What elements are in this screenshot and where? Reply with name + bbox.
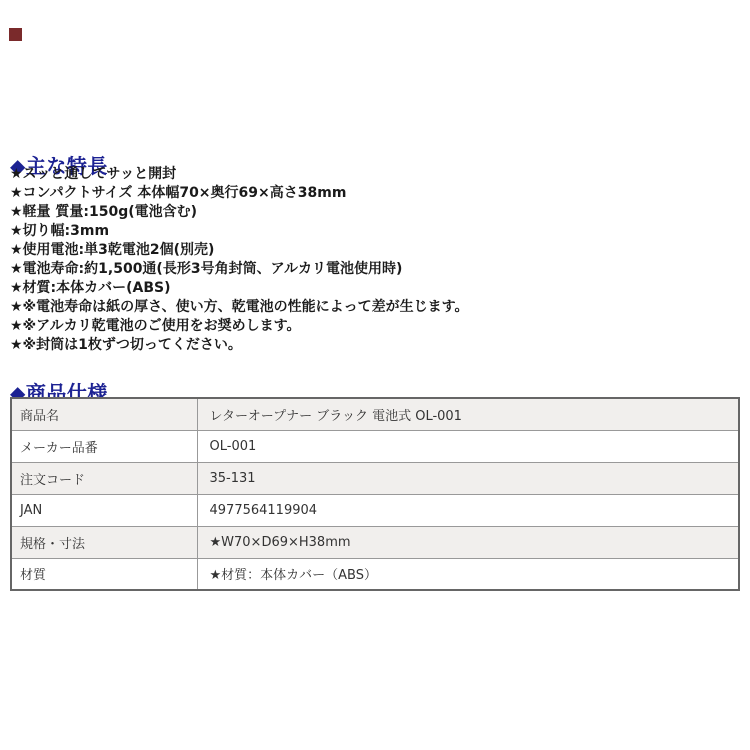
table-row: 材質 ★材質：本体カバー（ABS）	[11, 558, 739, 590]
spec-value-cell: 4977564119904	[197, 494, 739, 526]
feature-item: ★※アルカリ乾電池のご使用をお奨めします。	[10, 317, 468, 336]
feature-item: ★軽量 質量:150g(電池含む)	[10, 203, 468, 222]
feature-list: ★スッと通してサッと開封 ★コンパクトサイズ 本体幅70×奥行69×高さ38mm…	[10, 165, 468, 355]
table-row: メーカー品番 OL-001	[11, 430, 739, 462]
feature-item: ★使用電池:単3乾電池2個(別売)	[10, 241, 468, 260]
spec-label-cell: 材質	[11, 558, 197, 590]
feature-item: ★電池寿命:約1,500通(長形3号角封筒、アルカリ電池使用時)	[10, 260, 468, 279]
feature-item: ★材質:本体カバー(ABS)	[10, 279, 468, 298]
spec-label-cell: 規格・寸法	[11, 526, 197, 558]
spec-value-cell: OL-001	[197, 430, 739, 462]
table-row: 規格・寸法 ★W70×D69×H38mm	[11, 526, 739, 558]
feature-item: ★切り幅:3mm	[10, 222, 468, 241]
product-description-page: ◆主な特長 ★スッと通してサッと開封 ★コンパクトサイズ 本体幅70×奥行69×…	[0, 0, 750, 750]
table-row: 注文コード 35-131	[11, 462, 739, 494]
feature-item: ★コンパクトサイズ 本体幅70×奥行69×高さ38mm	[10, 184, 468, 203]
corner-mark-square	[9, 28, 22, 41]
table-row: 商品名 レターオープナー ブラック 電池式 OL-001	[11, 398, 739, 430]
table-row: JAN 4977564119904	[11, 494, 739, 526]
spec-value-cell: ★材質：本体カバー（ABS）	[197, 558, 739, 590]
feature-item: ★スッと通してサッと開封	[10, 165, 468, 184]
spec-label-cell: 商品名	[11, 398, 197, 430]
spec-table: 商品名 レターオープナー ブラック 電池式 OL-001 メーカー品番 OL-0…	[10, 397, 740, 591]
feature-item: ★※電池寿命は紙の厚さ、使い方、乾電池の性能によって差が生じます。	[10, 298, 468, 317]
spec-label-cell: JAN	[11, 494, 197, 526]
spec-label-cell: 注文コード	[11, 462, 197, 494]
spec-label-cell: メーカー品番	[11, 430, 197, 462]
spec-value-cell: レターオープナー ブラック 電池式 OL-001	[197, 398, 739, 430]
spec-value-cell: ★W70×D69×H38mm	[197, 526, 739, 558]
feature-item: ★※封筒は1枚ずつ切ってください。	[10, 336, 468, 355]
spec-value-cell: 35-131	[197, 462, 739, 494]
